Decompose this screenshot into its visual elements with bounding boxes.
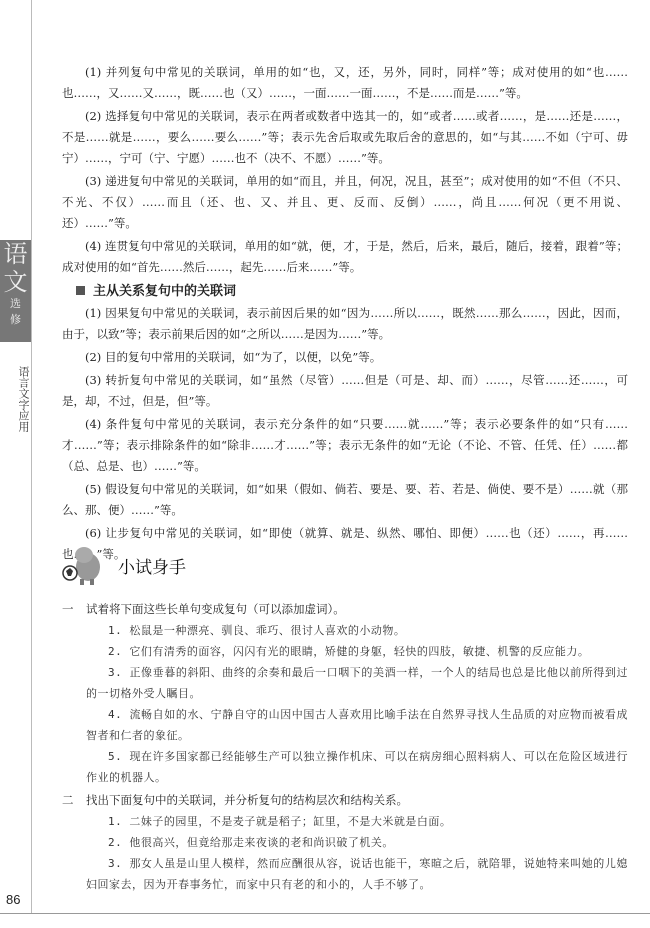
side-tab-char: 语 — [0, 240, 31, 268]
exercise-number: 二 — [62, 790, 86, 811]
paragraph: (4) 条件复句中常见的关联词，表示充分条件的如“只要……就……”等；表示必要条… — [62, 414, 628, 477]
practice-section: 小试身手 — [62, 540, 628, 590]
section-heading-text: 主从关系复句中的关联词 — [93, 280, 236, 301]
exercise-item: 3. 正像垂暮的斜阳、曲终的余奏和最后一口咽下的美酒一样，一个人的结局也总是比他… — [62, 662, 628, 704]
paragraph: (2) 目的复句中常用的关联词，如“为了，以便，以免”等。 — [62, 347, 628, 368]
side-tab-char: 修 — [0, 312, 31, 328]
section-heading: 主从关系复句中的关联词 — [76, 280, 628, 301]
square-bullet-icon — [76, 286, 85, 295]
bottom-rule — [0, 913, 650, 914]
paragraph: (3) 递进复句中常见的关联词，单用的如“而且，并且，何况，况且，甚至”；成对使… — [62, 171, 628, 234]
side-tab-char: 文 — [0, 268, 31, 296]
exercise-item: 1. 松鼠是一种漂亮、驯良、乖巧、很讨人喜欢的小动物。 — [62, 620, 628, 641]
exercise-item: 2. 他很高兴，但竟给那走来夜谈的老和尚识破了机关。 — [62, 832, 628, 853]
side-subtitle: 语言文字应用 — [0, 344, 31, 454]
side-tab-char: 选 — [0, 296, 31, 312]
paragraph: (3) 转折复句中常见的关联词，如“虽然（尽管）……但是（可是、却、而）……，尽… — [62, 370, 628, 412]
paragraph: (1) 并列复句中常见的关联词，单用的如“也，又，还，另外，同时，同样”等；成对… — [62, 62, 628, 104]
exercise-item: 1. 二妹子的园里，不是麦子就是稻子；缸里，不是大米就是白面。 — [62, 811, 628, 832]
paragraph: (1) 因果复句中常见的关联词，表示前因后果的如“因为……所以……，既然……那么… — [62, 303, 628, 345]
exercise-heading: 二 找出下面复句中的关联词，并分析复句的结构层次和结构关系。 — [62, 790, 628, 811]
textbook-page: 语 文 选 修 语言文字应用 86 (1) 并列复句中常见的关联词，单用的如“也… — [0, 0, 650, 928]
exercise-instruction: 找出下面复句中的关联词，并分析复句的结构层次和结构关系。 — [86, 790, 408, 811]
practice-title: 小试身手 — [118, 553, 186, 578]
left-margin-rule — [31, 0, 32, 914]
exercise-item: 4. 流畅自如的水、宁静自守的山因中国古人喜欢用比喻手法在自然界寻找人生品质的对… — [62, 704, 628, 746]
exercise-instruction: 试着将下面这些长单句变成复句（可以添加虚词）。 — [86, 599, 345, 620]
exercise-item: 3. 那女人虽是山里人模样，然而应酬很从容，说话也能干，寒暄之后，就陪罪，说她特… — [62, 853, 628, 895]
side-tab: 语 文 选 修 — [0, 240, 31, 342]
main-content: (1) 并列复句中常见的关联词，单用的如“也，又，还，另外，同时，同样”等；成对… — [62, 62, 628, 567]
practice-header: 小试身手 — [62, 540, 628, 590]
paragraph: (5) 假设复句中常见的关联词，如“如果（假如、倘若、要是、要、若、若是、倘使、… — [62, 479, 628, 521]
exercise-heading: 一 试着将下面这些长单句变成复句（可以添加虚词）。 — [62, 599, 628, 620]
paragraph: (4) 连贯复句中常见的关联词，单用的如“就，便，才，于是，然后，后来，最后，随… — [62, 236, 628, 278]
exercise-item: 5. 现在许多国家都已经能够生产可以独立操作机床、可以在病房细心照料病人、可以在… — [62, 746, 628, 788]
exercise-list: 一 试着将下面这些长单句变成复句（可以添加虚词）。 1. 松鼠是一种漂亮、驯良、… — [62, 597, 628, 895]
paragraph: (2) 选择复句中常见的关联词，表示在两者或数者中选其一的，如“或者……或者……… — [62, 106, 628, 169]
mascot-soccer-icon — [62, 543, 106, 587]
exercise-item: 2. 它们有清秀的面容，闪闪有光的眼睛，矫健的身躯，轻快的四肢，敏捷、机警的反应… — [62, 641, 628, 662]
exercise-number: 一 — [62, 599, 86, 620]
page-number: 86 — [6, 892, 20, 907]
